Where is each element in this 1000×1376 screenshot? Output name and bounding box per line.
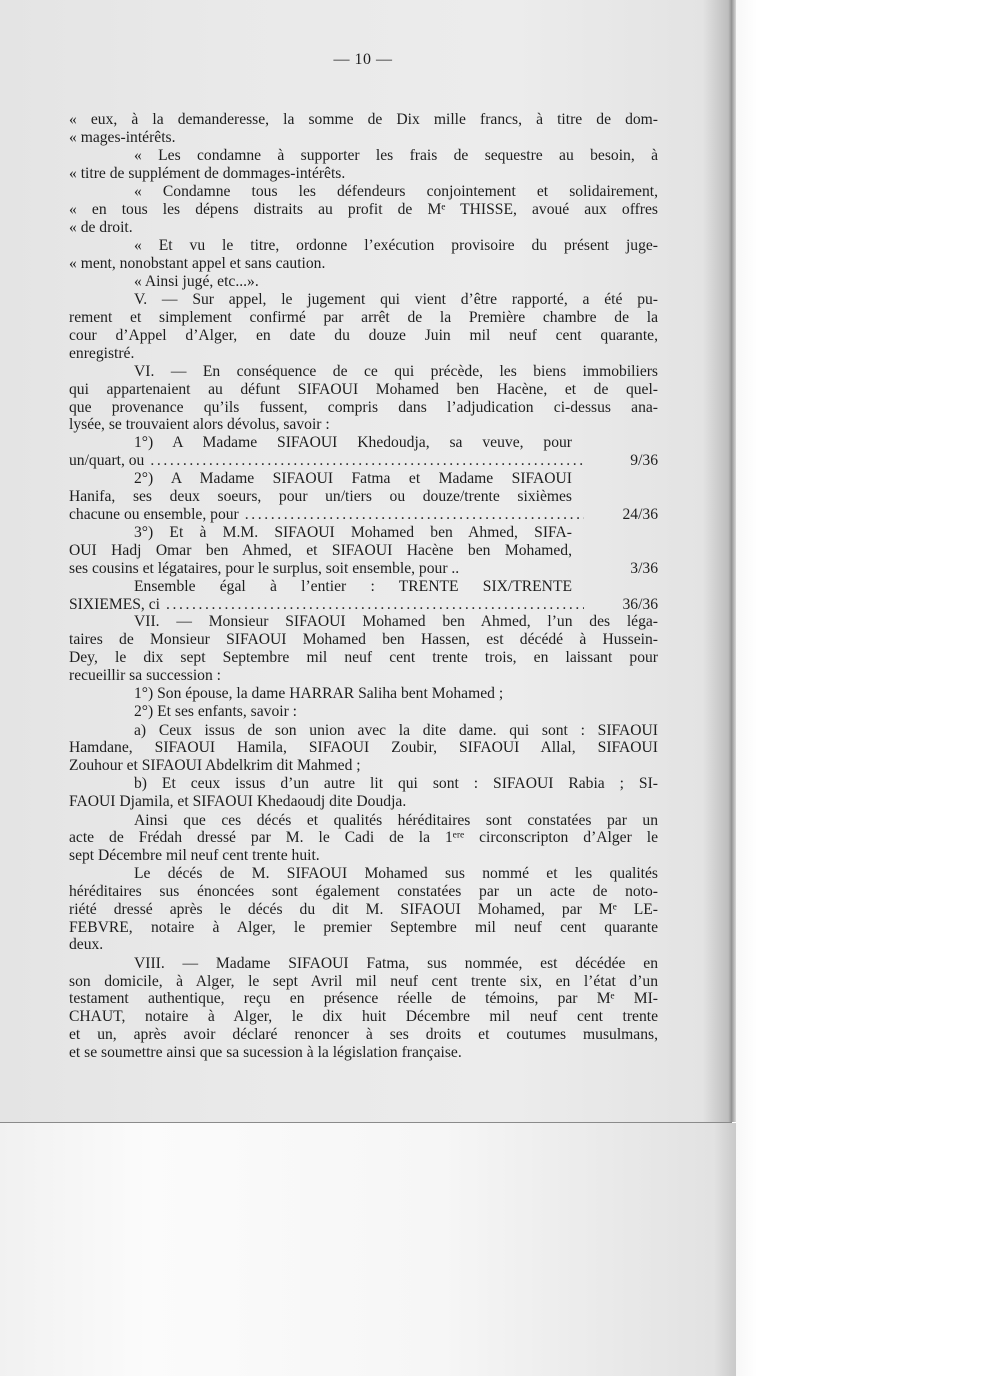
allocation-label: chacune ou ensemble, pour <box>69 506 239 524</box>
paragraph-judgment-end: « Ainsi jugé, etc...». <box>69 273 658 291</box>
dot-leader: ........................................… <box>150 452 584 470</box>
allocation-alloc-1: 1°) A Madame SIFAOUI Khedoudja, sa veuve… <box>69 434 658 470</box>
text-line: b) Et ceux issus d’un autre lit qui sont… <box>69 775 658 793</box>
text-line: 1°) Son épouse, la dame HARRAR Saliha be… <box>69 685 658 703</box>
paragraphs-after-allocation: VII. — Monsieur SIFAOUI Mohamed ben Ahme… <box>69 613 658 1061</box>
scanner-background-right <box>736 0 1000 1376</box>
text-line: Hamdane, SIFAOUI Hamila, SIFAOUI Zoubir,… <box>69 739 658 757</box>
paragraph-heir-children: 2°) Et ses enfants, savoir : <box>69 703 658 721</box>
text-line: « Condamne tous les défendeurs conjointe… <box>69 183 658 201</box>
allocation-share: 24/36 <box>588 506 658 524</box>
dot-leader: ........................................… <box>245 506 584 524</box>
text-line: sept Décembre mil neuf cent trente huit. <box>69 847 658 865</box>
text-line: 1°) A Madame SIFAOUI Khedoudja, sa veuve… <box>69 434 658 452</box>
dot-leader: ........................................… <box>166 596 584 614</box>
allocation-share-row: un/quart, ou............................… <box>69 452 658 470</box>
allocation-share: 3/36 <box>588 560 658 578</box>
allocation-share-row: chacune ou ensemble, pour...............… <box>69 506 658 524</box>
text-line: Zouhour et SIFAOUI Abdelkrim dit Mahmed … <box>69 757 658 775</box>
paragraph-notoriety-act: Le décés de M. SIFAOUI Mohamed sus nommé… <box>69 865 658 954</box>
allocation-alloc-total: Ensemble égal à l’entier : TRENTE SIX/TR… <box>69 578 658 614</box>
text-line: lysée, se trouvaient alors dévolus, savo… <box>69 416 658 434</box>
text-line: riété dressé après le décés du dit M. SI… <box>69 901 658 919</box>
text-line: CHAUT, notaire à Alger, le dix huit Déce… <box>69 1008 658 1026</box>
allocation-share: 9/36 <box>588 452 658 470</box>
text-line: VIII. — Madame SIFAOUI Fatma, sus nommée… <box>69 955 658 973</box>
text-line: testament authentique, reçu en présence … <box>69 990 658 1008</box>
allocation-share-row: SIXIEMES, ci............................… <box>69 596 658 614</box>
allocation-label: ses cousins et légataires, pour le surpl… <box>69 560 459 578</box>
text-line: et se soumettre ainsi que sa sucession à… <box>69 1044 658 1062</box>
text-line: Le décés de M. SIFAOUI Mohamed sus nommé… <box>69 865 658 883</box>
text-line: Hanifa, ses deux soeurs, pour un/tiers o… <box>69 488 658 506</box>
paragraph-fredah-act: Ainsi que ces décés et qualités hérédita… <box>69 812 658 865</box>
text-line: Ensemble égal à l’entier : TRENTE SIX/TR… <box>69 578 658 596</box>
text-line: 3°) Et à M.M. SIFAOUI Mohamed ben Ahmed,… <box>69 524 658 542</box>
text-line: « mages-intérêts. <box>69 129 658 147</box>
text-line: « eux, à la demanderesse, la somme de Di… <box>69 111 658 129</box>
text-line: cour d’Appel d’Alger, en date du douze J… <box>69 327 658 345</box>
text-line: FAOUI Djamila, et SIFAOUI Khedaoudj dite… <box>69 793 658 811</box>
text-line: enregistré. <box>69 345 658 363</box>
text-line: taires de Monsieur SIFAOUI Mohamed ben H… <box>69 631 658 649</box>
text-line: V. — Sur appel, le jugement qui vient d’… <box>69 291 658 309</box>
text-line: 2°) A Madame SIFAOUI Fatma et Madame SIF… <box>69 470 658 488</box>
text-line: « Les condamne à supporter les frais de … <box>69 147 658 165</box>
allocation-list: 1°) A Madame SIFAOUI Khedoudja, sa veuve… <box>69 434 658 613</box>
text-line: VI. — En conséquence de ce qui précède, … <box>69 363 658 381</box>
paragraph-heir-children-a: a) Ceux issus de son union avec la dite … <box>69 722 658 775</box>
text-line: rement et simplement confirmé par arrêt … <box>69 309 658 327</box>
paragraph-section-viii: VIII. — Madame SIFAOUI Fatma, sus nommée… <box>69 955 658 1062</box>
page-number: — 10 — <box>0 51 726 69</box>
text-line: VII. — Monsieur SIFAOUI Mohamed ben Ahme… <box>69 613 658 631</box>
allocation-share-row: ses cousins et légataires, pour le surpl… <box>69 560 658 578</box>
body-text: « eux, à la demanderesse, la somme de Di… <box>69 111 658 1061</box>
text-line: recueillir sa succession : <box>69 667 658 685</box>
text-line: héréditaires sus énoncées sont également… <box>69 883 658 901</box>
paragraph-heir-spouse: 1°) Son épouse, la dame HARRAR Saliha be… <box>69 685 658 703</box>
text-line: qui appartenaient au défunt SIFAOUI Moha… <box>69 381 658 399</box>
allocation-label: un/quart, ou <box>69 452 144 470</box>
paragraph-section-vii: VII. — Monsieur SIFAOUI Mohamed ben Ahme… <box>69 613 658 684</box>
text-line: Ainsi que ces décés et qualités hérédita… <box>69 812 658 830</box>
allocation-alloc-3: 3°) Et à M.M. SIFAOUI Mohamed ben Ahmed,… <box>69 524 658 577</box>
text-line: a) Ceux issus de son union avec la dite … <box>69 722 658 740</box>
text-line: que provenance qu’ils fussent, compris d… <box>69 399 658 417</box>
text-line: son domicile, à Alger, le sept Avril mil… <box>69 973 658 991</box>
text-line: « Et vu le titre, ordonne l’exécution pr… <box>69 237 658 255</box>
text-line: deux. <box>69 936 658 954</box>
text-line: « ment, nonobstant appel et sans caution… <box>69 255 658 273</box>
paragraph-judgment-damages: « eux, à la demanderesse, la somme de Di… <box>69 111 658 147</box>
allocation-share: 36/36 <box>588 596 658 614</box>
paragraph-judgment-depens: « Condamne tous les défendeurs conjointe… <box>69 183 658 236</box>
allocation-label: SIXIEMES, ci <box>69 596 160 614</box>
paragraph-judgment-sequestre: « Les condamne à supporter les frais de … <box>69 147 658 183</box>
scanned-page: — 10 — « eux, à la demanderesse, la somm… <box>0 0 732 1123</box>
text-line: 2°) Et ses enfants, savoir : <box>69 703 658 721</box>
paragraphs-before-allocation: « eux, à la demanderesse, la somme de Di… <box>69 111 658 434</box>
paragraph-judgment-execution: « Et vu le titre, ordonne l’exécution pr… <box>69 237 658 273</box>
paragraph-section-v: V. — Sur appel, le jugement qui vient d’… <box>69 291 658 362</box>
text-line: OUI Hadj Omar ben Ahmed, et SIFAOUI Hacè… <box>69 542 658 560</box>
scanner-background-bottom <box>0 1123 736 1376</box>
text-line: acte de Frédah dressé par M. le Cadi de … <box>69 829 658 847</box>
text-line: Dey, le dix sept Septembre mil neuf cent… <box>69 649 658 667</box>
text-line: « en tous les dépens distraits au profit… <box>69 201 658 219</box>
text-line: « titre de supplément de dommages-intérê… <box>69 165 658 183</box>
paragraph-section-vi: VI. — En conséquence de ce qui précède, … <box>69 363 658 434</box>
text-line: et un, après avoir déclaré renoncer à se… <box>69 1026 658 1044</box>
text-line: FEBVRE, notaire à Alger, le premier Sept… <box>69 919 658 937</box>
text-line: « Ainsi jugé, etc...». <box>69 273 658 291</box>
paragraph-heir-children-b: b) Et ceux issus d’un autre lit qui sont… <box>69 775 658 811</box>
text-line: « de droit. <box>69 219 658 237</box>
allocation-alloc-2: 2°) A Madame SIFAOUI Fatma et Madame SIF… <box>69 470 658 523</box>
